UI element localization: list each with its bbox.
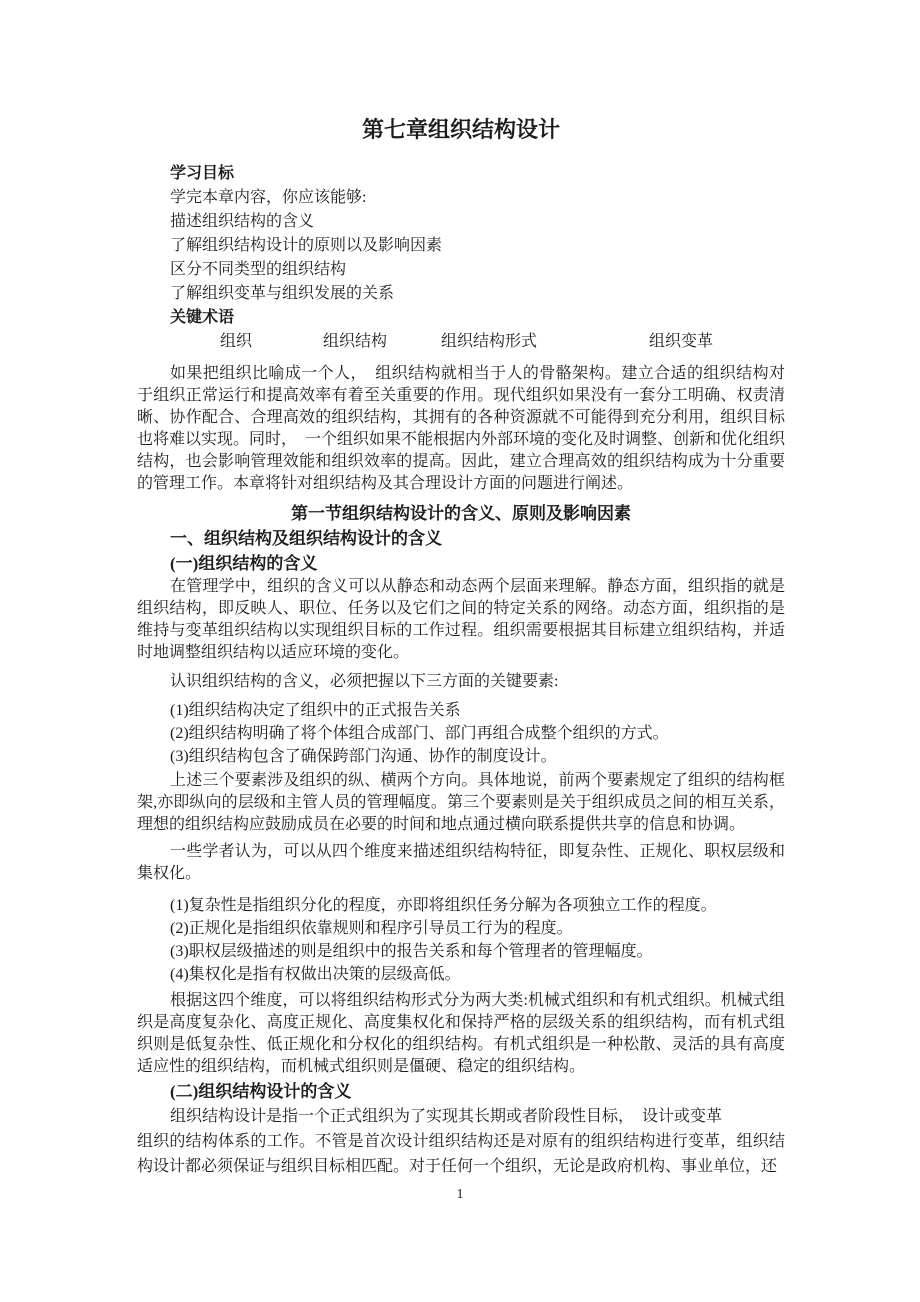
list-item: (3)职权层级描述的则是组织中的报告关系和每个管理者的管理幅度。 (137, 940, 785, 963)
intro-paragraph: 如果把组织比喻成一个人， 组织结构就相当于人的骨骼架构。建立合适的组织结构对于组… (137, 363, 785, 495)
learning-objectives-section: 学习目标 学完本章内容，你应该能够: 描述组织结构的含义 了解组织结构设计的原则… (137, 162, 785, 354)
paragraph-key-elements-intro: 认识组织结构的含义，必须把握以下三方面的关键要素: (137, 671, 785, 693)
list-item: (2)正规化是指组织依靠规则和程序引导员工行为的程度。 (137, 917, 785, 940)
part2-heading: (二)组织结构设计的含义 (137, 1080, 785, 1104)
list-item: (3)组织结构包含了确保跨部门沟通、协作的制度设计。 (137, 745, 785, 768)
paragraph-design-meaning-rest: 组织的结构体系的工作。不管是首次设计组织结构还是对原有的组织结构进行变革，组织结… (137, 1129, 785, 1179)
document-content: 第七章组织结构设计 学习目标 学完本章内容，你应该能够: 描述组织结构的含义 了… (137, 0, 785, 1179)
key-elements-list: (1)组织结构决定了组织中的正式报告关系 (2)组织结构明确了将个体组合成部门、… (137, 699, 785, 768)
document-page: 第七章组织结构设计 学习目标 学完本章内容，你应该能够: 描述组织结构的含义 了… (0, 0, 920, 1302)
chapter-title: 第七章组织结构设计 (137, 115, 785, 145)
objective-item: 了解组织结构设计的原则以及影响因素 (137, 234, 785, 258)
subsection1-heading: 一、组织结构及组织结构设计的含义 (137, 526, 785, 551)
key-term: 组织变革 (649, 330, 713, 354)
learning-objectives-heading: 学习目标 (137, 162, 785, 186)
key-term: 组织结构形式 (441, 330, 537, 354)
list-item: (2)组织结构明确了将个体组合成部门、部门再组合成整个组织的方式。 (137, 722, 785, 745)
key-term: 组织结构 (323, 330, 387, 354)
objectives-intro: 学完本章内容，你应该能够: (137, 186, 785, 210)
key-term: 组织 (220, 330, 252, 354)
page-number: 1 (0, 1186, 920, 1204)
paragraph-organization-meaning: 在管理学中，组织的含义可以从静态和动态两个层面来理解。静态方面，组织指的就是组织… (137, 576, 785, 664)
objective-item: 了解组织变革与组织发展的关系 (137, 282, 785, 306)
key-terms-row: 组织 组织结构 组织结构形式 组织变革 (137, 330, 785, 354)
objective-item: 区分不同类型的组织结构 (137, 258, 785, 282)
paragraph-four-dimensions-intro: 一些学者认为，可以从四个维度来描述组织结构特征，即复杂性、正规化、职权层级和集权… (137, 841, 785, 885)
paragraph-mechanistic-organic: 根据这四个维度，可以将组织结构形式分为两大类:机械式组织和有机式组织。机械式组织… (137, 990, 785, 1078)
objective-item: 描述组织结构的含义 (137, 210, 785, 234)
list-item: (1)组织结构决定了组织中的正式报告关系 (137, 699, 785, 722)
dimensions-list: (1)复杂性是指组织分化的程度，亦即将组织任务分解为各项独立工作的程度。 (2)… (137, 894, 785, 986)
paragraph-three-elements: 上述三个要素涉及组织的纵、横两个方向。具体地说，前两个要素规定了组织的结构框架,… (137, 770, 785, 836)
key-terms-heading: 关键术语 (137, 306, 785, 330)
paragraph-design-meaning-line1: 组织结构设计是指一个正式组织为了实现其长期或者阶段性目标， 设计或变革 (137, 1104, 785, 1129)
list-item: (1)复杂性是指组织分化的程度，亦即将组织任务分解为各项独立工作的程度。 (137, 894, 785, 917)
part1-heading: (一)组织结构的含义 (137, 551, 785, 576)
list-item: (4)集权化是指有权做出决策的层级高低。 (137, 963, 785, 986)
section1-heading: 第一节组织结构设计的含义、原则及影响因素 (137, 502, 785, 526)
